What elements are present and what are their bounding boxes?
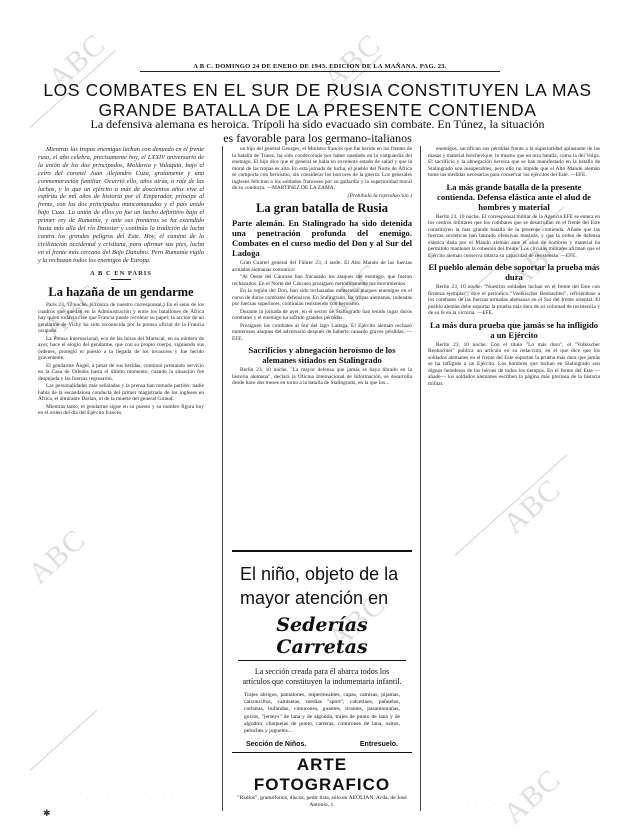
- watermark-stroke: [30, 710, 98, 771]
- column-rule: [222, 146, 223, 811]
- bleed-through-text: . . . . . . . . . . . . .: [80, 790, 195, 796]
- watermark-abc: ABC: [22, 523, 93, 592]
- story-paragraph: En la región del Don, han sido rechazada…: [232, 288, 412, 308]
- subhead-pueblo-aleman: El pueblo alemán debe soportar la prueba…: [428, 262, 600, 282]
- ad-body: Trajes abrigos, pantalones, impermeables…: [232, 692, 412, 735]
- story-paragraph: Mientras tanto, el gendarme sigue en su …: [38, 404, 204, 417]
- running-head: A B C. DOMINGO 24 DE ENERO DE 1943. EDIC…: [140, 63, 500, 72]
- ad-headline: El niño, objeto de la: [240, 562, 412, 586]
- deck-line: La defensiva alemana es heroica. Trípoli…: [45, 117, 590, 131]
- story-paragraph: "Al Oeste del Cáucaso han fracasado los …: [232, 274, 412, 287]
- watermark-abc: ABC: [497, 763, 568, 832]
- story-paragraph: Gran Cuartel general del Führer 23, 4 ta…: [232, 260, 412, 273]
- story-paragraph: Berlín 23, 10 noche. "La mayor defensa q…: [232, 367, 412, 387]
- ad-floor-label: Entresuelo.: [360, 741, 398, 748]
- ad-body: "Radios", gramófonos, discos, pedir list…: [232, 795, 412, 809]
- section-tag: A B C EN PARIS: [38, 271, 204, 278]
- story-paragraph: Prosiguen los combates al Sur del lago L…: [232, 323, 412, 343]
- column-left: Mientras las tropas enemigas luchan con …: [38, 146, 204, 418]
- story-paragraph: El gendarme Ángel, a pesar de sus herida…: [38, 363, 204, 383]
- ad-lead: La sección creada para él abarca todos l…: [232, 667, 412, 686]
- newspaper-page: ABC ABC ABC ABC ABC ABC ABC ABC ABC A B …: [0, 0, 620, 835]
- ad-divider: [238, 660, 406, 661]
- ad-section-label: Sección de Niños.: [246, 741, 306, 748]
- story-paragraph: Durante la jornada de ayer, en el sector…: [232, 309, 412, 322]
- watermark-abc: ABC: [497, 473, 568, 542]
- story-paragraph: Berlín 23, 10 noche. Con el título "Lo m…: [428, 342, 600, 388]
- story-paragraph: enemigos, sacrifican sus pérdidas frente…: [428, 146, 600, 179]
- watermark-stroke: [455, 455, 567, 556]
- bleed-through-text: . . . . . . . . .: [430, 800, 508, 806]
- subhead-mas-dura-prueba: La más dura prueba que jamás se ha infli…: [428, 320, 600, 340]
- column-center: un hijo del general Georges, el Ministro…: [232, 146, 412, 388]
- deck-line: es favorable para los germano-italianos: [45, 131, 590, 145]
- column-right: enemigos, sacrifican sus pérdidas frente…: [428, 146, 600, 388]
- ad-headline: mayor atención en: [240, 586, 412, 610]
- story-paragraph: París 23, 12 noche. (Crónica de nuestro …: [38, 302, 204, 335]
- main-headline: LOS COMBATES EN EL SUR DE RUSIA CONSTITU…: [40, 80, 595, 120]
- section-divider: [111, 279, 131, 280]
- ad-footer: Sección de Niños. Entresuelo.: [232, 735, 412, 752]
- headline-line: LOS COMBATES EN EL SUR DE RUSIA CONSTITU…: [40, 80, 595, 100]
- intro-paragraph: Mientras las tropas enemigas luchan con …: [38, 146, 204, 265]
- column-rule: [420, 146, 421, 811]
- reproduction-notice: (Prohibida la reproducción.): [232, 193, 412, 200]
- subhead-stalingrado: Sacrificios y abnegación heroísmo de los…: [232, 345, 412, 365]
- story-paragraph: un hijo del general Georges, el Ministro…: [232, 146, 412, 192]
- subhead-deck: Parte alemán. En Stalingrado ha sido det…: [232, 218, 412, 258]
- story-paragraph: Berlín 23, 10 noche. "Nuestros soldados …: [428, 284, 600, 317]
- story-paragraph: La Prensa Internacional, eco de las hora…: [38, 336, 204, 362]
- ad-headline: ARTE FOTOGRAFICO: [232, 755, 412, 795]
- subhead-gran-batalla: La gran batalla de Rusia: [232, 201, 412, 215]
- advertisement-arte-fotografico: ARTE FOTOGRAFICO "Radios", gramófonos, d…: [232, 752, 412, 809]
- subhead-mas-grande-batalla: La más grande batalla de la presente con…: [428, 182, 600, 212]
- story-paragraph: Las personalidades más señaladas y la pr…: [38, 383, 204, 403]
- story-title: La hazaña de un gendarme: [38, 285, 204, 299]
- advertisement-sederias: El niño, objeto de la mayor atención en …: [232, 550, 412, 752]
- print-mark: ✱: [43, 809, 51, 819]
- headline-deck: La defensiva alemana es heroica. Trípoli…: [45, 117, 590, 145]
- ad-brand: Sederías Carretas: [232, 614, 412, 658]
- story-paragraph: Berlín 23, 10 noche. El corresponsal mil…: [428, 214, 600, 260]
